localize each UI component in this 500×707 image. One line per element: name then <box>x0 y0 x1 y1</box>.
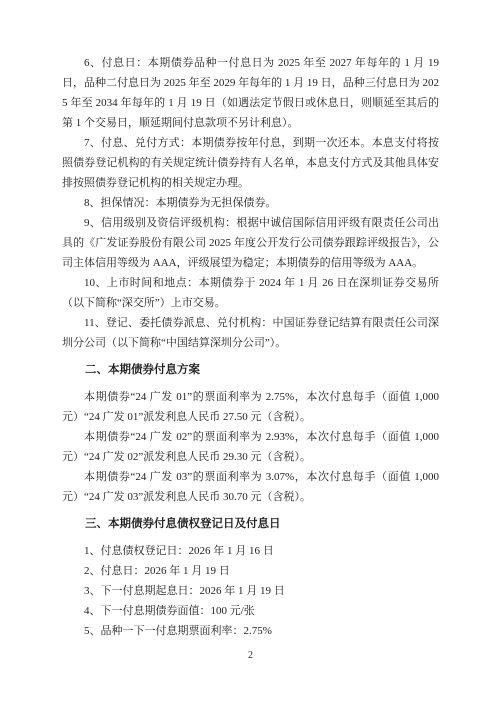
next-period-coupon-rate-item: 5、品种一下一付息期票面利率：2.75% <box>62 621 439 641</box>
term-payment-method: 7、付息、兑付方式：本期债券按年付息，到期一次还本。本息支付将按照债券登记机构的… <box>62 133 439 193</box>
term-credit-rating: 9、信用级别及资信评级机构：根据中诚信国际信用评级有限责任公司出具的《广发证券股… <box>62 213 439 273</box>
bond-02-interest-paragraph: 本期债券“24 广发 02”的票面利率为 2.93%，本次付息每手（面值 1,0… <box>62 427 439 467</box>
section3-heading: 三、本期债券付息债权登记日及付息日 <box>62 514 439 534</box>
bond-01-interest-paragraph: 本期债券“24 广发 01”的票面利率为 2.75%，本次付息每手（面值 1,0… <box>62 387 439 427</box>
record-date-item: 1、付息债权登记日：2026 年 1 月 16 日 <box>62 541 439 561</box>
next-period-start-item: 3、下一付息期起息日：2026 年 1 月 19 日 <box>62 581 439 601</box>
document-page: 6、付息日：本期债券品种一付息日为 2025 年至 2027 年每年的 1 月 … <box>0 0 500 707</box>
page-number: 2 <box>62 650 439 662</box>
term-interest-payment-dates: 6、付息日：本期债券品种一付息日为 2025 年至 2027 年每年的 1 月 … <box>62 53 439 133</box>
term-guarantee-status: 8、担保情况：本期债券为无担保债券。 <box>62 193 439 213</box>
payment-date-item: 2、付息日：2026 年 1 月 19 日 <box>62 561 439 581</box>
bond-03-interest-paragraph: 本期债券“24 广发 03”的票面利率为 3.07%，本次付息每手（面值 1,0… <box>62 467 439 507</box>
next-period-face-value-item: 4、下一付息期债券面值：100 元/张 <box>62 601 439 621</box>
section2-heading: 二、本期债券付息方案 <box>62 360 439 380</box>
term-registrar-agent: 11、登记、委托债券派息、兑付机构：中国证券登记结算有限责任公司深圳分公司（以下… <box>62 313 439 353</box>
term-listing-info: 10、上市时间和地点：本期债券于 2024 年 1 月 26 日在深圳证券交易所… <box>62 273 439 313</box>
